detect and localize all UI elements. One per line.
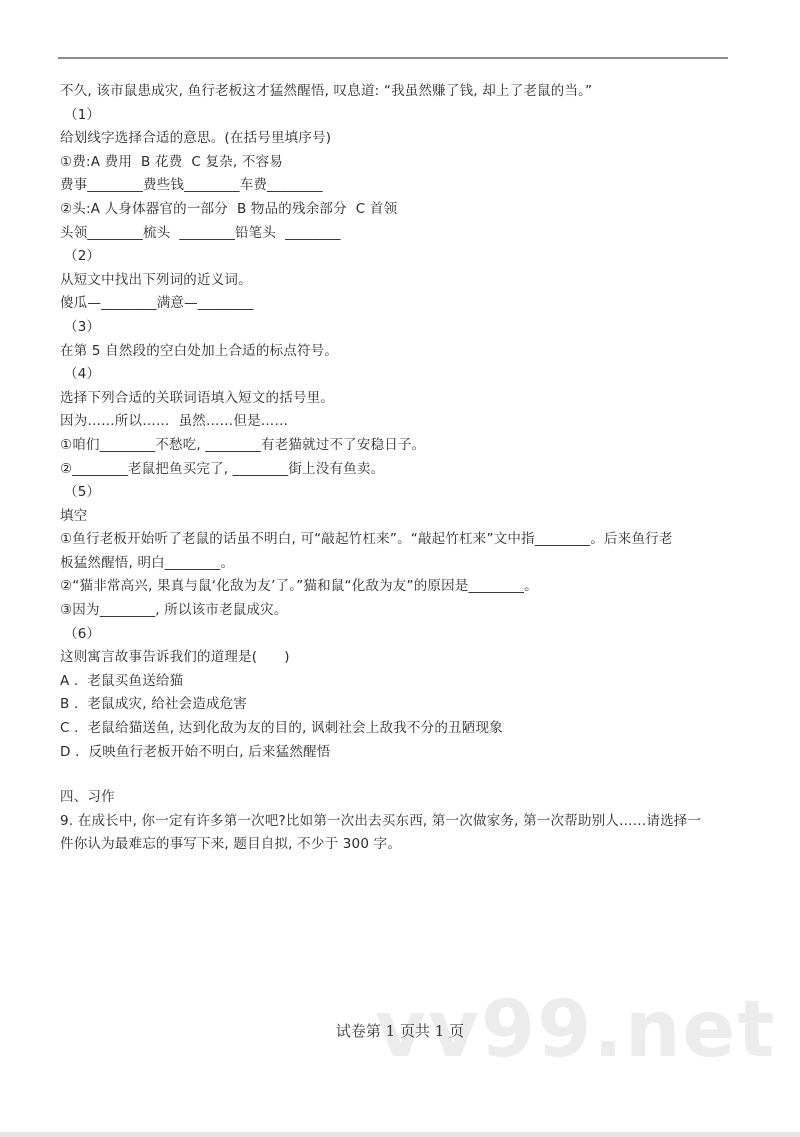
question-4-prompt: 选择下列合适的关联词语填入短文的括号里。 [60, 387, 740, 411]
section-four-heading: 四、习作 [60, 786, 740, 810]
question-6-option-b: B . 老鼠成灾, 给社会造成危害 [60, 693, 740, 717]
question-5-prompt: 填空 [60, 505, 740, 529]
bottom-edge [0, 1132, 800, 1137]
question-number-4: （4） [60, 363, 740, 387]
question-1-tou-blanks: 头领________梳头 ________铅笔头 ________ [60, 222, 740, 246]
question-6-option-d: D . 反映鱼行老板开始不明白, 后来猛然醒悟 [60, 741, 740, 765]
question-number-5: （5） [60, 481, 740, 505]
question-5-item-1b: 板猛然醒悟, 明白________。 [60, 552, 740, 576]
question-number-3: （3） [60, 316, 740, 340]
question-6-option-a: A . 老鼠买鱼送给猫 [60, 670, 740, 694]
question-4-sentence-2: ②________老鼠把鱼买完了, ________街上没有鱼卖。 [60, 458, 740, 482]
question-1-fei-options: ①费:A 费用 B 花费 C 复杂, 不容易 [60, 151, 740, 175]
question-6-prompt: 这则寓言故事告诉我们的道理是( ) [60, 646, 740, 670]
passage-end-line: 不久, 该市鼠患成灾, 鱼行老板这才猛然醒悟, 叹息道: “我虽然赚了钱, 却上… [60, 80, 740, 104]
question-9-line-2: 件你认为最难忘的事写下来, 题目自拟, 不少于 300 字。 [60, 833, 740, 857]
question-number-6: （6） [60, 623, 740, 647]
question-4-sentence-1: ①咱们________不愁吃, ________有老猫就过不了安稳日子。 [60, 434, 740, 458]
question-9-line-1: 9. 在成长中, 你一定有许多第一次吧?比如第一次出去买东西, 第一次做家务, … [60, 810, 740, 834]
header-rule [58, 57, 728, 59]
page-footer: 试卷第 1 页共 1 页 [0, 1020, 800, 1041]
question-number-1: （1） [60, 104, 740, 128]
question-2-blanks: 傻瓜—________满意—________ [60, 292, 740, 316]
question-4-conjunctions: 因为……所以…… 虽然……但是…… [60, 410, 740, 434]
question-6-option-c: C . 老鼠给猫送鱼, 达到化敌为友的目的, 讽刺社会上敌我不分的丑陋现象 [60, 717, 740, 741]
question-5-item-3: ③因为________, 所以该市老鼠成灾。 [60, 599, 740, 623]
question-1-tou-options: ②头:A 人身体器官的一部分 B 物品的残余部分 C 首领 [60, 198, 740, 222]
question-3-prompt: 在第 5 自然段的空白处加上合适的标点符号。 [60, 340, 740, 364]
question-1-prompt: 给划线字选择合适的意思。(在括号里填序号) [60, 127, 740, 151]
question-number-2: （2） [60, 245, 740, 269]
question-5-item-1a: ①鱼行老板开始听了老鼠的话虽不明白, 可“敲起竹杠来”。“敲起竹杠来”文中指__… [60, 528, 740, 552]
exam-content: 不久, 该市鼠患成灾, 鱼行老板这才猛然醒悟, 叹息道: “我虽然赚了钱, 却上… [60, 80, 740, 857]
question-1-fei-blanks: 费事________费些钱________车费________ [60, 174, 740, 198]
question-5-item-2: ②“猫非常高兴, 果真与鼠‘化敌为友’了。”猫和鼠“化敌为友”的原因是_____… [60, 575, 740, 599]
question-2-prompt: 从短文中找出下列词的近义词。 [60, 269, 740, 293]
